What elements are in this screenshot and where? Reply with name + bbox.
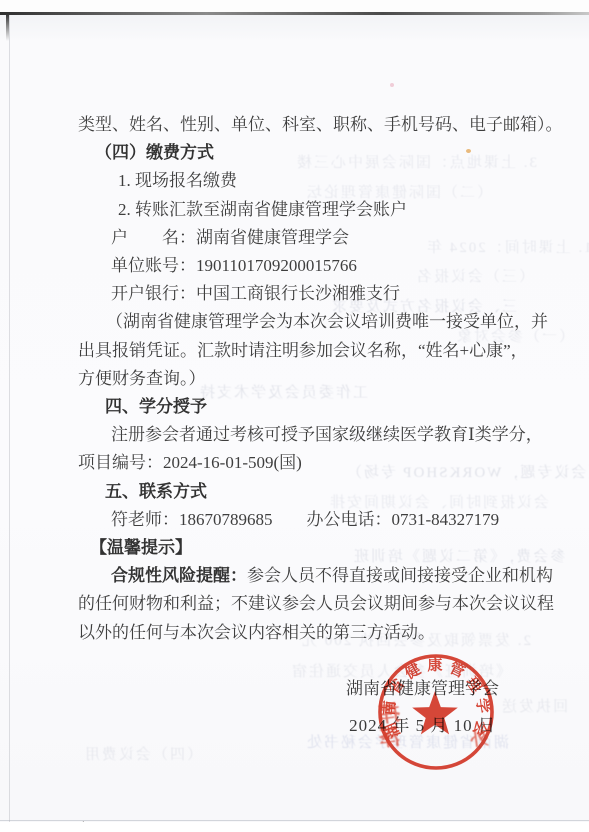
seal-bleed-char: 泽 xyxy=(377,721,402,754)
doc-line: （湖南省健康管理学会为本次会议培训费唯一接受单位，并 xyxy=(78,308,576,336)
scanner-strip-bottom xyxy=(0,822,589,832)
doc-line: 类型、姓名、性别、单位、科室、职称、手机号码、电子邮箱）。 xyxy=(78,111,576,139)
bleedthrough-text: 回执发送 xyxy=(500,695,568,716)
section-heading-contact: 五、联系方式 xyxy=(78,478,576,506)
bank-line: 开户银行：中国工商银行长沙湘雅支行 xyxy=(78,280,576,308)
scan-edge-bottom xyxy=(0,820,589,821)
doc-line: 以外的任何与本次会议内容相关的第三方活动。 xyxy=(78,619,576,647)
doc-line: 出具报销凭证。汇款时请注明参加会议名称，“姓名+心康”， xyxy=(78,337,576,365)
star-icon xyxy=(412,691,458,734)
scan-speck xyxy=(390,83,394,87)
project-number-line: 项目编号：2024-16-01-509(国) xyxy=(78,449,576,477)
scan-edge-left xyxy=(9,15,10,822)
account-name-line: 户 名：湖南省健康管理学会 xyxy=(78,224,576,252)
document-body: 类型、姓名、性别、单位、科室、职称、手机号码、电子邮箱）。 （四）缴费方式 1.… xyxy=(78,111,576,647)
paper-sheet: 3. 上课地点：国际会展中心三楼 （二）国际健康管理论坛 1. 上课时间：202… xyxy=(0,15,589,822)
doc-line: 1. 现场报名缴费 xyxy=(78,167,576,195)
seal-bleed-char: 外 xyxy=(468,724,489,752)
notice-lead: 合规性风险提醒： xyxy=(111,566,247,585)
notice-rest: 参会人员不得直接或间接接受企业和机构 xyxy=(247,566,553,585)
account-number-line: 单位账号：1901101709200015766 xyxy=(78,252,576,280)
doc-line: 注册参会者通过考核可授予国家级继续医学教育Ⅰ类学分， xyxy=(78,421,576,449)
notice-heading: 【温馨提示】 xyxy=(78,534,576,562)
doc-line: 方便财务查询。） xyxy=(78,365,576,393)
bleedthrough-text: （四）会议费用 xyxy=(83,743,202,764)
contact-phone-line: 符老师：18670789685 办公电话：0731-84327179 xyxy=(78,506,576,534)
scan-edge-top xyxy=(0,12,589,15)
scan-speck xyxy=(466,149,471,153)
section-heading-credits: 四、学分授予 xyxy=(78,393,576,421)
doc-line: 合规性风险提醒：参会人员不得直接或间接接受企业和机构 xyxy=(78,562,576,590)
scanned-document: 3. 上课地点：国际会展中心三楼 （二）国际健康管理论坛 1. 上课时间：202… xyxy=(0,0,589,832)
section-heading-payment: （四）缴费方式 xyxy=(78,139,576,167)
doc-line: 的任何财物和利益；不建议参会人员会议期间参与本次会议议程 xyxy=(78,590,576,618)
doc-line: 2. 转账汇款至湖南省健康管理学会账户 xyxy=(78,196,576,224)
